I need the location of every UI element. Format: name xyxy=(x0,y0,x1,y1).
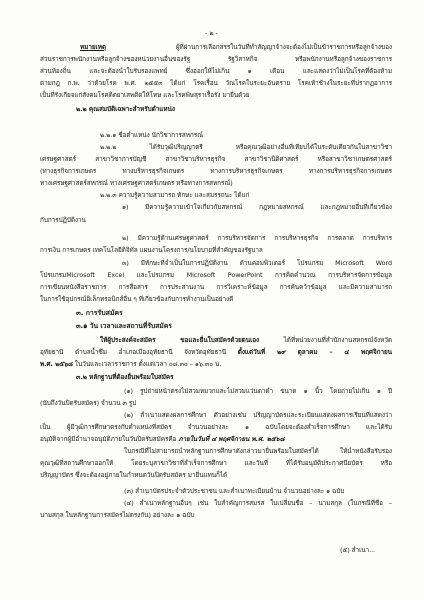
apply-line-1: ให้ผู้ประสงค์จะสมัคร ขอและยื่นใบสมัครด้ว… xyxy=(100,336,392,344)
note-line-1: หมายเหตุ ผู้ที่ผ่านการเลือกสรรในวันที่ทำ… xyxy=(80,43,392,51)
apply-year: พ.ศ. ๒๕๖๘ xyxy=(40,360,73,368)
section-2-2-heading: ๒.๒ คุณสมบัติเฉพาะสำหรับตำแหน่ง xyxy=(76,105,423,113)
qualification-line-2: เศรษฐศาสตร์ สาขาวิชาการบัญชี สาขาวิชาบริ… xyxy=(40,155,392,163)
qualification-line-4: ทางเศรษฐศาสตร์สหกรณ์ ทางเศรษฐศาสตร์เกษตร… xyxy=(40,179,392,187)
note-line-3: ส่วนท้องถิ่น และจะต้องนำใบรับรองแพทย์ ซึ… xyxy=(40,67,392,75)
position-name: ๒.๒.๑ ชื่อตำแหน่ง นักวิชาการสหกรณ์ xyxy=(100,131,423,139)
qualification-line-3: (ทางธุรกิจการเกษตร ทางบริหารธุรกิจเกษตร … xyxy=(40,167,392,175)
apply-in-person-text: ให้ผู้ประสงค์จะสมัคร ขอและยื่นใบสมัครด้ว… xyxy=(100,336,259,344)
note-label: หมายเหตุ xyxy=(80,43,106,51)
document-page: - ๒ - หมายเหตุ ผู้ที่ผ่านการเลือกสรรในวั… xyxy=(0,0,423,600)
skill-2-line-2: การเงิน การเกษตร เทคโนโลยีดิจิทัล แผนงาน… xyxy=(40,246,392,254)
doc-3: (๓) สำเนาบัตรประจำตัวประชาชน และสำเนาทะเ… xyxy=(124,487,423,495)
doc-2-line-1: (๒) สำเนาแสดงผลการศึกษา ตัวอย่างเช่น ปริ… xyxy=(124,411,392,419)
skill-3-line-4: ในการใช้อุปกรณ์อิเล็กทรอนิกส์อื่น ๆ ที่เ… xyxy=(40,295,392,303)
doc-2-approval-text: อนุมัติจากผู้มีอำนาจอนุมัติภายในวันปิดรั… xyxy=(40,435,178,443)
section-3-1-heading: ๓.๑ วัน เวลาและสถานที่รับสมัคร xyxy=(76,322,423,330)
qualification-line-1: ๒.๒.๒ ได้รับวุฒิปริญญาตรี หรือคุณวุฒิอย่… xyxy=(100,143,392,151)
apply-line-2: อุทัยธานี ตำบลน้ำซึม อำเภอเมืองอุทัยธานี… xyxy=(40,348,392,356)
skills-heading: ๒.๒.๓ ความรู้ความสามารถ ทักษะ และสมรรถนะ… xyxy=(100,191,423,199)
doc-1-line-2: (นับถึงวันปิดรับสมัคร) จำนวน ๓ รูป xyxy=(40,399,392,407)
doc-2-note-line-3: ปริญญาบัตร ซึ่งจะต้องอยู่ภายในกำหนดวันปิ… xyxy=(40,471,392,479)
apply-hours-text: ในวันและเวลาราชการ ตั้งแต่เวลา ๐๘.๓๐ – ๑… xyxy=(73,360,221,368)
skill-3-line-1: ๓) มีทักษะที่จำเป็นในการปฏิบัติงาน ด้านค… xyxy=(122,259,392,267)
doc-4-line-2: นามสกุล ในหลักฐานการสมัครไม่ตรงกัน) อย่า… xyxy=(40,511,392,519)
note-line-2: ส่วนราชการพนักงานหรือลูกจ้างของหน่วยงานอ… xyxy=(40,55,392,63)
apply-address-text: อุทัยธานี ตำบลน้ำซึม อำเภอเมืองอุทัยธานี… xyxy=(40,348,238,356)
doc-4-line-1: (๔) สำเนาหลักฐานอื่นๆ เช่น ใบสำคัญการสมร… xyxy=(124,499,392,507)
apply-location-text: ได้ที่หน่วยงานที่สำนักงานสหกรณ์จังหวัด xyxy=(259,336,392,344)
apply-line-3: พ.ศ. ๒๕๖๘ ในวันและเวลาราชการ ตั้งแต่เวลา… xyxy=(40,360,392,368)
continuation-marker: (๕) สำเนา... xyxy=(340,546,400,554)
doc-2-line-3: อนุมัติจากผู้มีอำนาจอนุมัติภายในวันปิดรั… xyxy=(40,435,392,443)
note-text: ผู้ที่ผ่านการเลือกสรรในวันที่ทำสัญญาจ้าง… xyxy=(176,43,392,51)
page-number: - ๒ - xyxy=(0,29,423,37)
doc-2-deadline: ภายในวันที่ ๔ พฤศจิกายน พ.ศ. ๒๕๖๘ xyxy=(178,435,284,443)
doc-2-note-line-2: คุณวุฒิที่สถานศึกษาออกให้ โดยระบุสาขาวิช… xyxy=(40,459,392,467)
note-line-5: เป็นที่รังเกียจแก่สังคมโรคติดยาเสพติดให้… xyxy=(40,91,392,99)
doc-1-line-1: (๑) รูปถ่ายหน้าตรงไม่สวมหมวกและไม่สวมแว่… xyxy=(124,387,392,395)
skill-1-line-2: กับการปฏิบัติงาน xyxy=(40,216,392,224)
skill-3-line-2: โปรแกรมMicrosoft Excel และโปรแกรม Micros… xyxy=(40,271,392,279)
skill-2-line-1: ๒) มีความรู้ด้านเศรษฐศาสตร์ การบริหารจัด… xyxy=(122,234,392,242)
doc-2-note-line-1: ในกรณีที่ไม่สามารถนำหลักฐานการศึกษาดังกล… xyxy=(124,447,392,455)
doc-2-line-2: เป็น ผู้มีวุฒิการศึกษาตรงกับตำแหน่งที่สม… xyxy=(40,423,392,431)
skill-3-line-3: การเขียนหนังสือราชการ การสื่อสาร การประส… xyxy=(40,283,392,291)
note-line-4: ตามกฎ ก.พ. ว่าด้วยโรค พ.ศ. ๒๕๕๓ ได้แก่ โ… xyxy=(40,79,392,87)
skill-1-line-1: ๑) มีความรู้ความเข้าใจเกี่ยวกับสหกรณ์ กฎ… xyxy=(122,203,392,211)
section-3-2-heading: ๓.๒ หลักฐานที่ต้องยื่นพร้อมใบสมัคร xyxy=(76,373,423,381)
apply-date-range: ตั้งแต่วันที่ ๒๙ ตุลาคม – ๔ พฤศจิกายน xyxy=(238,348,392,356)
section-3-heading: ๓. การรับสมัคร xyxy=(76,309,423,317)
